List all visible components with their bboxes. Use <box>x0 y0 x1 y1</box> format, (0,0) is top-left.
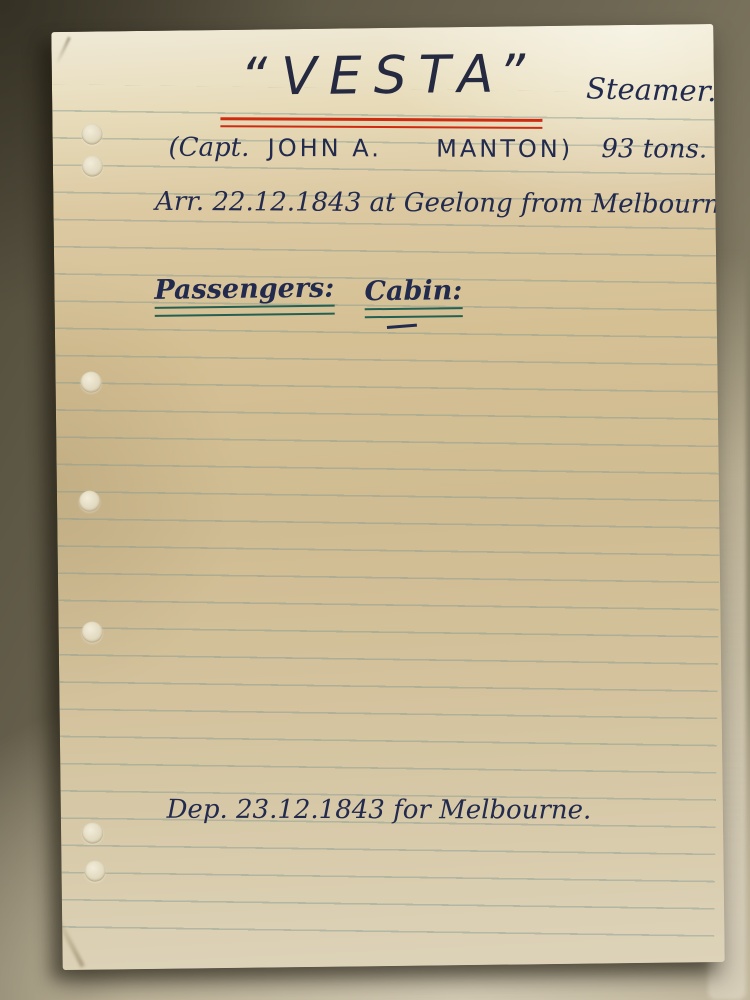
passengers-heading: Passengers: <box>154 273 334 306</box>
captain-line: (Capt. JOHN A. MANTON) 93 tons. <box>168 133 707 165</box>
photo-background: “VESTA” Steamer. (Capt. JOHN A. MANTON) … <box>0 0 750 1000</box>
punch-hole-6 <box>82 823 103 844</box>
captain-first-name: JOHN A. <box>268 134 382 162</box>
cabin-underline <box>365 307 463 318</box>
arrival-line: Arr. 22.12.1843 at Geelong from Melbourn… <box>155 187 725 220</box>
cabin-heading: Cabin: <box>364 275 462 307</box>
punch-hole-2 <box>82 155 103 176</box>
tonnage: 93 tons. <box>601 134 707 164</box>
departure-line: Dep. 23.12.1843 for Melbourne. <box>167 795 592 826</box>
punch-hole-1 <box>81 123 102 144</box>
punch-hole-3 <box>80 371 101 392</box>
paper-crease-top <box>55 37 71 65</box>
title-row: “VESTA” <box>240 44 538 108</box>
punch-hole-7 <box>84 860 105 881</box>
notebook-page: “VESTA” Steamer. (Capt. JOHN A. MANTON) … <box>51 24 724 970</box>
title-underline <box>220 117 542 129</box>
punch-hole-4 <box>79 491 100 512</box>
passengers-heading-block: Passengers: <box>154 273 334 317</box>
punch-hole-5 <box>82 621 103 642</box>
ship-name-title: “VESTA” <box>240 44 538 108</box>
captain-surname: MANTON) <box>436 135 573 163</box>
cabin-heading-block: Cabin: <box>364 275 462 328</box>
captain-prefix: (Capt. <box>168 133 249 163</box>
vessel-type: Steamer. <box>586 71 717 108</box>
